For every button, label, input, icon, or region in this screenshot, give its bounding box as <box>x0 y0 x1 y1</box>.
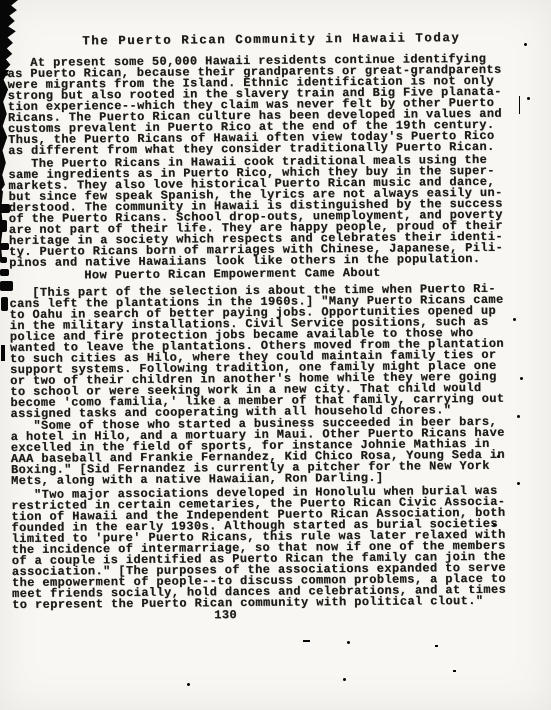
scan-blob-artifact <box>1 345 5 361</box>
scan-blob-artifact <box>0 269 9 276</box>
scan-blob-artifact <box>1 297 8 311</box>
scan-blob-artifact <box>0 257 7 263</box>
document-text: The Puerto Rican Community in Hawaii Tod… <box>7 0 543 710</box>
section-heading: How Puerto Rican Empowerment Came About <box>84 268 381 282</box>
paragraph-2: The Puerto Ricans in Hawaii cook traditi… <box>8 155 503 269</box>
scanned-document-page: The Puerto Rican Community in Hawaii Tod… <box>0 0 551 710</box>
page-number: 130 <box>214 610 237 621</box>
paragraph-5: "Two major associations developed in Hon… <box>11 486 506 611</box>
scan-blob-artifact <box>0 243 9 250</box>
paragraph-3: [This part of the selection is about the… <box>9 284 504 420</box>
paragraph-1: At present some 50,000 Hawaii residents … <box>7 54 502 157</box>
scan-blob-artifact <box>0 220 7 232</box>
paragraph-4: "Some of those who started a business su… <box>11 417 506 487</box>
page-title: The Puerto Rican Community in Hawaii Tod… <box>82 33 460 47</box>
